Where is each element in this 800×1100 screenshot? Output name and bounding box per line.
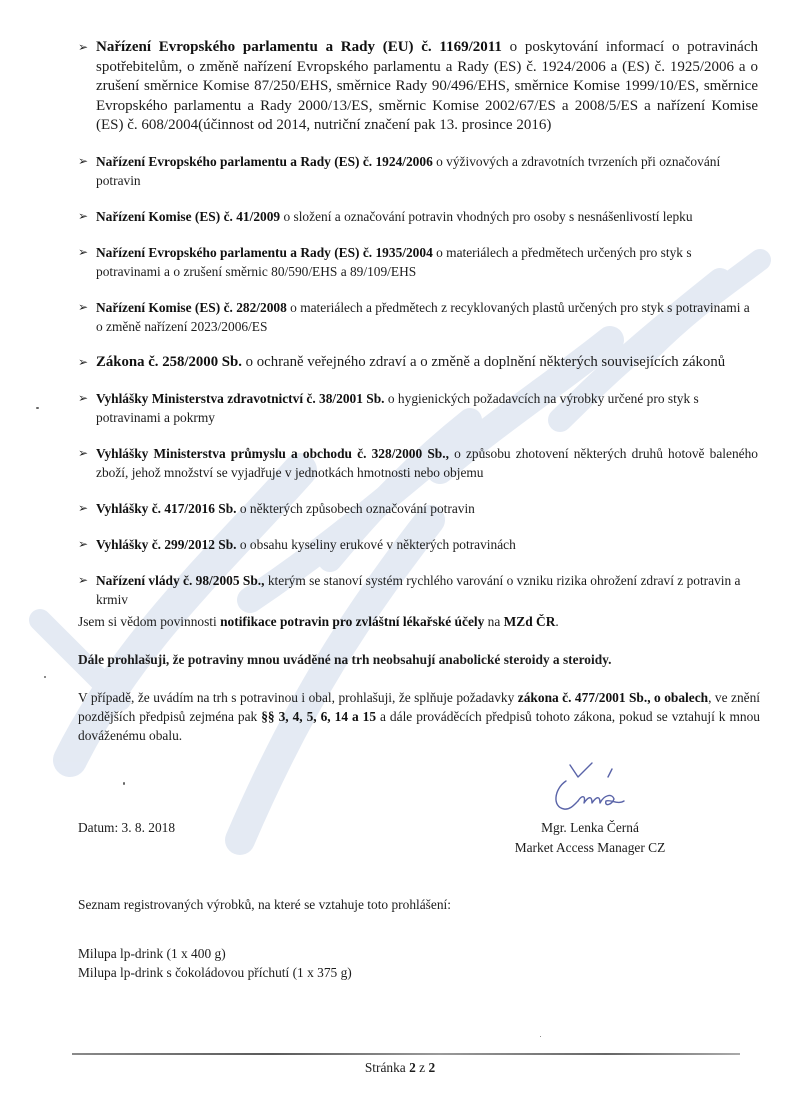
- arrow-bullet-icon: ➢: [78, 298, 88, 317]
- legislation-item: ➢ Vyhlášky Ministerstva zdravotnictví č.…: [78, 389, 758, 427]
- legislation-item: ➢ Nařízení Evropského parlamentu a Rady …: [78, 38, 758, 136]
- arrow-bullet-icon: ➢: [78, 535, 88, 554]
- ministry-abbrev: MZd ČR: [504, 614, 556, 629]
- arrow-bullet-icon: ➢: [78, 243, 88, 262]
- legislation-text: o složení a označování potravin vhodných…: [280, 209, 692, 224]
- packaging-paragraph: V případě, že uvádím na trh s potravinou…: [78, 688, 760, 745]
- signatory-role: Market Access Manager CZ: [500, 838, 680, 858]
- legislation-title: Nařízení vlády č. 98/2005 Sb.,: [96, 573, 265, 588]
- legislation-title: Nařízení Komise (ES) č. 282/2008: [96, 300, 287, 315]
- legislation-item: ➢ Nařízení vlády č. 98/2005 Sb., kterým …: [78, 571, 758, 609]
- arrow-bullet-icon: ➢: [78, 207, 88, 226]
- legislation-item: ➢ Vyhlášky č. 417/2016 Sb. o některých z…: [78, 499, 758, 518]
- scan-speck: [44, 676, 46, 678]
- legislation-title: Nařízení Komise (ES) č. 41/2009: [96, 209, 280, 224]
- legislation-item: ➢ Vyhlášky č. 299/2012 Sb. o obsahu kyse…: [78, 535, 758, 554]
- arrow-bullet-icon: ➢: [78, 571, 88, 590]
- legislation-list: ➢ Nařízení Evropského parlamentu a Rady …: [78, 38, 758, 626]
- legislation-item: ➢ Nařízení Evropského parlamentu a Rady …: [78, 243, 758, 281]
- arrow-bullet-icon: ➢: [78, 152, 88, 171]
- notification-highlight: notifikace potravin pro zvláštní lékařsk…: [220, 614, 484, 629]
- scan-speck: [540, 1036, 541, 1037]
- arrow-bullet-icon: ➢: [78, 499, 88, 518]
- legislation-title: Nařízení Evropského parlamentu a Rady (E…: [96, 39, 502, 55]
- packaging-sections: §§ 3, 4, 5, 6, 14 a 15: [261, 709, 376, 724]
- steroids-statement: Dále prohlašuji, že potraviny mnou uvádě…: [78, 650, 760, 669]
- scan-speck: [123, 782, 125, 785]
- scan-speck: [36, 407, 39, 409]
- legislation-title: Vyhlášky Ministerstva zdravotnictví č. 3…: [96, 391, 385, 406]
- signatory-name: Mgr. Lenka Černá: [500, 818, 680, 838]
- declaration-date: Datum: 3. 8. 2018: [78, 820, 175, 836]
- arrow-bullet-icon: ➢: [78, 353, 88, 373]
- handwritten-signature: [540, 755, 660, 815]
- product-item: Milupa lp-drink (1 x 400 g): [78, 944, 352, 963]
- legislation-item: ➢ Zákona č. 258/2000 Sb. o ochraně veřej…: [78, 353, 758, 373]
- legislation-title: Nařízení Evropského parlamentu a Rady (E…: [96, 245, 433, 260]
- legislation-text: o ochraně veřejného zdraví a o změně a d…: [242, 354, 725, 370]
- page-number: Stránka 2 z 2: [0, 1060, 800, 1076]
- arrow-bullet-icon: ➢: [78, 389, 88, 408]
- legislation-item: ➢ Vyhlášky Ministerstva průmyslu a obcho…: [78, 444, 758, 482]
- products-heading: Seznam registrovaných výrobků, na které …: [78, 897, 451, 913]
- packaging-law: zákona č. 477/2001 Sb., o obalech: [518, 690, 708, 705]
- notification-paragraph: Jsem si vědom povinnosti notifikace potr…: [78, 612, 760, 631]
- legislation-text: o obsahu kyseliny erukové v některých po…: [237, 537, 516, 552]
- legislation-text: o některých způsobech označování potravi…: [237, 501, 475, 516]
- legislation-title: Vyhlášky č. 417/2016 Sb.: [96, 501, 237, 516]
- footer-divider: [72, 1053, 740, 1055]
- product-list: Milupa lp-drink (1 x 400 g) Milupa lp-dr…: [78, 944, 352, 982]
- legislation-item: ➢ Nařízení Komise (ES) č. 41/2009 o slož…: [78, 207, 758, 226]
- legislation-item: ➢ Nařízení Komise (ES) č. 282/2008 o mat…: [78, 298, 758, 336]
- product-item: Milupa lp-drink s čokoládovou příchutí (…: [78, 963, 352, 982]
- legislation-title: Vyhlášky č. 299/2012 Sb.: [96, 537, 237, 552]
- legislation-title: Nařízení Evropského parlamentu a Rady (E…: [96, 154, 433, 169]
- legislation-item: ➢ Nařízení Evropského parlamentu a Rady …: [78, 152, 758, 190]
- arrow-bullet-icon: ➢: [78, 444, 88, 463]
- arrow-bullet-icon: ➢: [78, 38, 88, 58]
- legislation-title: Vyhlášky Ministerstva průmyslu a obchodu…: [96, 446, 449, 461]
- signatory-block: Mgr. Lenka Černá Market Access Manager C…: [500, 818, 680, 858]
- document-page: ➢ Nařízení Evropského parlamentu a Rady …: [0, 0, 800, 1100]
- legislation-title: Zákona č. 258/2000 Sb.: [96, 354, 242, 370]
